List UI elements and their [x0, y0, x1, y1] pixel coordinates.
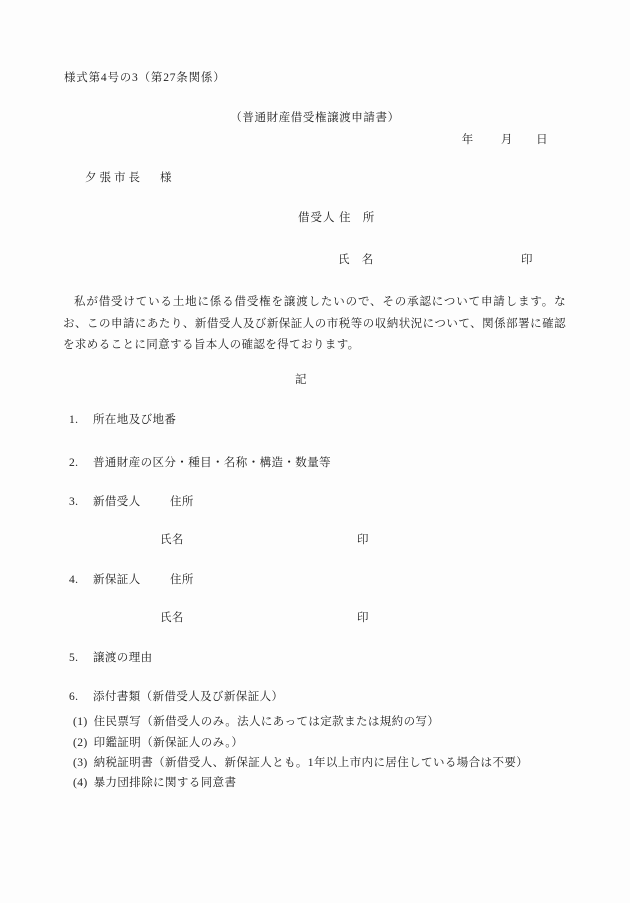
attachment-text: 納税証明書（新借受人、新保証人とも。1年以上市内に居住している場合は不要） [94, 757, 529, 769]
item-4-seal-label: 印 [357, 611, 369, 625]
item-number: 5. [69, 651, 93, 665]
attachment-text: 暴力団排除に関する同意書 [94, 777, 237, 789]
item-4-name-label: 氏名 [160, 611, 184, 625]
item-number: 2. [69, 456, 93, 470]
item-4-address-label: 住所 [170, 573, 194, 587]
list-item-2: 2.普通財産の区分・種目・名称・構造・数量等 [69, 456, 331, 470]
list-item-5: 5.譲渡の理由 [69, 651, 153, 665]
item-3-address-label: 住所 [170, 495, 194, 509]
date-year-label: 年 [462, 134, 474, 146]
item-text: 添付書類（新借受人及び新保証人） [93, 691, 283, 703]
item-3-name-label: 氏名 [160, 533, 184, 547]
item-text: 所在地及び地番 [93, 414, 176, 426]
item-number: 1. [69, 413, 93, 427]
attachment-item-3: (3)納税証明書（新借受人、新保証人とも。1年以上市内に居住している場合は不要） [73, 756, 528, 770]
list-item-6: 6.添付書類（新借受人及び新保証人） [69, 690, 283, 704]
item-text: 譲渡の理由 [93, 652, 153, 664]
addressee-name: 夕張市長 [85, 171, 143, 185]
body-paragraph: 私が借受けている土地に係る借受権を譲渡したいので、その承認について申請します。な… [63, 292, 566, 357]
attachment-text: 住民票写（新借受人のみ。法人にあっては定款または規約の写） [94, 716, 440, 728]
date-month-label: 月 [501, 134, 513, 146]
attachment-number: (2) [73, 736, 88, 750]
form-number: 様式第4号の3（第27条関係） [64, 71, 226, 85]
attachment-item-2: (2)印鑑証明（新保証人のみ。） [73, 736, 243, 750]
list-item-4: 4.新保証人 [69, 573, 141, 587]
attachment-item-4: (4)暴力団排除に関する同意書 [73, 776, 236, 790]
applicant-name-label: 氏 名 [338, 253, 374, 267]
application-form-page: 様式第4号の3（第27条関係） （普通財産借受権譲渡申請書） 年 月 日 夕張市… [0, 0, 630, 903]
list-item-1: 1.所在地及び地番 [69, 413, 176, 427]
item-number: 6. [69, 690, 93, 704]
applicant-role-label: 借受人 [298, 211, 336, 225]
item-number: 4. [69, 573, 93, 587]
applicant-seal-label: 印 [521, 253, 533, 267]
attachment-number: (4) [73, 776, 88, 790]
record-marker: 記 [0, 373, 616, 387]
applicant-address-label: 住 所 [339, 211, 375, 225]
attachment-number: (3) [73, 756, 88, 770]
attachment-text: 印鑑証明（新保証人のみ。） [94, 737, 244, 749]
date-day-label: 日 [536, 134, 548, 146]
list-item-3: 3.新借受人 [69, 495, 141, 509]
item-text: 新保証人 [93, 574, 141, 586]
item-text: 普通財産の区分・種目・名称・構造・数量等 [93, 457, 331, 469]
addressee-honorific: 様 [160, 171, 172, 185]
date-line: 年 月 日 [462, 133, 548, 147]
attachment-number: (1) [73, 715, 88, 729]
item-text: 新借受人 [93, 496, 141, 508]
attachment-item-1: (1)住民票写（新借受人のみ。法人にあっては定款または規約の写） [73, 715, 439, 729]
item-number: 3. [69, 495, 93, 509]
item-3-seal-label: 印 [357, 533, 369, 547]
document-title: （普通財産借受権譲渡申請書） [0, 111, 630, 125]
